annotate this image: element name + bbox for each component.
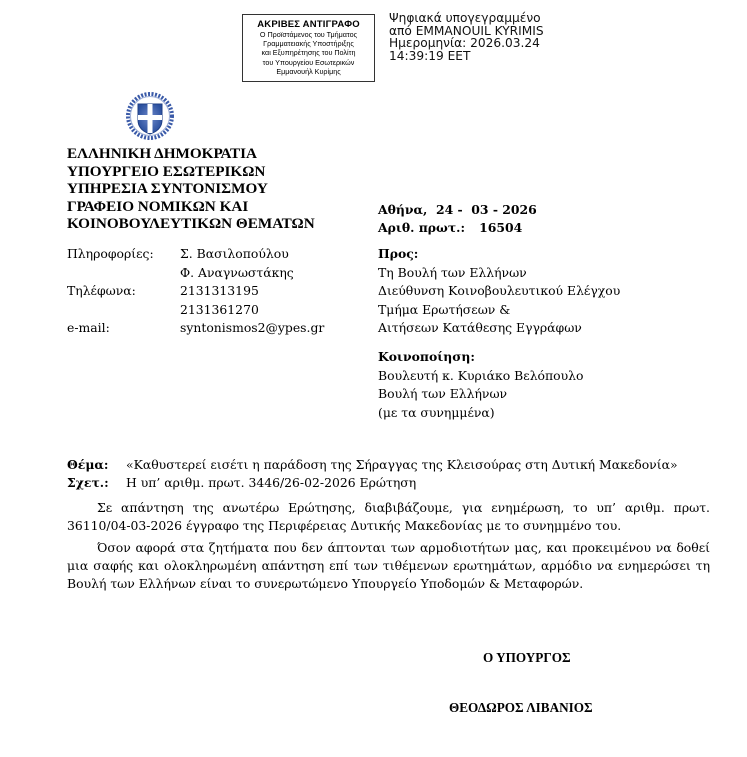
date-protocol-block: Αθήνα, 24 - 03 - 2026 Αριθ. πρωτ.:16504 [378, 201, 537, 237]
sender-line: ΕΛΛΗΝΙΚΗ ΔΗΜΟΚΡΑΤΙΑ [67, 145, 315, 163]
body-paragraph: Σε απάντηση της ανωτέρω Ερώτησης, διαβιβ… [67, 499, 710, 535]
info-label: Πληροφορίες: [67, 245, 180, 264]
info-label [67, 301, 180, 320]
reference-row: Σχετ.: Η υπ’ αριθμ. πρωτ. 3446/26-02-202… [67, 474, 678, 492]
info-value: 2131361270 [180, 301, 259, 320]
signature-line: Ψηφιακά υπογεγραμμένο [389, 12, 544, 25]
recipient-line: Αιτήσεων Κατάθεσης Εγγράφων [378, 319, 620, 338]
sender-line: ΓΡΑΦΕΙΟ ΝΟΜΙΚΩΝ ΚΑΙ [67, 198, 315, 216]
recipient-line: Διεύθυνση Κοινοβουλευτικού Ελέγχου [378, 282, 620, 301]
subject-row: Θέμα: «Καθυστερεί εισέτι η παράδοση της … [67, 456, 678, 474]
email-value: syntonismos2@ypes.gr [180, 319, 324, 338]
recipients-block: Προς: Τη Βουλή των Ελλήνων Διεύθυνση Κοι… [378, 245, 620, 338]
sender-line: ΥΠΗΡΕΣΙΑ ΣΥΝΤΟΝΙΣΜΟΥ [67, 180, 315, 198]
protocol-label: Αριθ. πρωτ.: [378, 220, 465, 235]
info-label [67, 264, 180, 283]
sender-block: ΕΛΛΗΝΙΚΗ ΔΗΜΟΚΡΑΤΙΑ ΥΠΟΥΡΓΕΙΟ ΕΣΩΤΕΡΙΚΩΝ… [67, 145, 315, 233]
stamp-line: του Υπουργείου Εσωτερικών [243, 58, 374, 67]
document-date: Αθήνα, 24 - 03 - 2026 [378, 201, 537, 219]
reference-label: Σχετ.: [67, 474, 126, 492]
digital-signature: Ψηφιακά υπογεγραμμένο από EMMANOUIL KYRI… [389, 12, 544, 62]
reference-text: Η υπ’ αριθμ. πρωτ. 3446/26-02-2026 Ερώτη… [126, 474, 416, 492]
stamp-line: Εμμανουήλ Κυρίμης [243, 67, 374, 76]
signature-line: Ημερομηνία: 2026.03.24 [389, 37, 544, 50]
recipient-line: Τμήμα Ερωτήσεων & [378, 301, 620, 320]
recipient-line: Τη Βουλή των Ελλήνων [378, 264, 620, 283]
stamp-title: ΑΚΡΙΒΕΣ ΑΝΤΙΓΡΑΦΟ [243, 19, 374, 30]
signatory-title: Ο ΥΠΟΥΡΓΟΣ [483, 650, 571, 666]
sender-line: ΥΠΟΥΡΓΕΙΟ ΕΣΩΤΕΡΙΚΩΝ [67, 163, 315, 181]
info-label: e-mail: [67, 319, 180, 338]
info-row: Πληροφορίες: Σ. Βασιλοπούλου [67, 245, 324, 264]
info-row: Τηλέφωνα: 2131313195 [67, 282, 324, 301]
subject-text: «Καθυστερεί εισέτι η παράδοση της Σήραγγ… [126, 456, 678, 474]
subject-label: Θέμα: [67, 456, 126, 474]
info-value: Φ. Αναγνωστάκης [180, 264, 294, 283]
certified-copy-stamp: ΑΚΡΙΒΕΣ ΑΝΤΙΓΡΑΦΟ Ο Προϊστάμενος του Τμή… [242, 14, 375, 82]
cc-line: Βουλή των Ελλήνων [378, 385, 583, 404]
subject-block: Θέμα: «Καθυστερεί εισέτι η παράδοση της … [67, 456, 678, 492]
recipients-heading: Προς: [378, 245, 620, 264]
stamp-line: Γραμματειακής Υποστήριξης [243, 39, 374, 48]
signatory-name: ΘΕΟΔΩΡΟΣ ΛΙΒΑΝΙΟΣ [449, 700, 593, 716]
cc-block: Κοινοποίηση: Βουλευτή κ. Κυριάκο Βελόπου… [378, 348, 583, 422]
cc-line: (με τα συνημμένα) [378, 404, 583, 423]
protocol-number: 16504 [479, 220, 522, 235]
stamp-line: και Εξυπηρέτησης του Πολίτη [243, 48, 374, 57]
signature-line: 14:39:19 EET [389, 50, 544, 63]
info-row: Φ. Αναγνωστάκης [67, 264, 324, 283]
info-row: e-mail: syntonismos2@ypes.gr [67, 319, 324, 338]
info-value: 2131313195 [180, 282, 259, 301]
stamp-line: Ο Προϊστάμενος του Τμήματος [243, 30, 374, 39]
body-paragraph: Όσον αφορά στα ζητήματα που δεν άπτονται… [67, 539, 710, 593]
info-label: Τηλέφωνα: [67, 282, 180, 301]
info-row: 2131361270 [67, 301, 324, 320]
cc-line: Βουλευτή κ. Κυριάκο Βελόπουλο [378, 367, 583, 386]
letter-body: Σε απάντηση της ανωτέρω Ερώτησης, διαβιβ… [67, 499, 710, 597]
cc-heading: Κοινοποίηση: [378, 348, 583, 367]
contact-info: Πληροφορίες: Σ. Βασιλοπούλου Φ. Αναγνωστ… [67, 245, 324, 338]
sender-line: ΚΟΙΝΟΒΟΥΛΕΥΤΙΚΩΝ ΘΕΜΑΤΩΝ [67, 215, 315, 233]
protocol-line: Αριθ. πρωτ.:16504 [378, 219, 537, 237]
greek-coat-of-arms-icon [126, 92, 174, 140]
info-value: Σ. Βασιλοπούλου [180, 245, 289, 264]
